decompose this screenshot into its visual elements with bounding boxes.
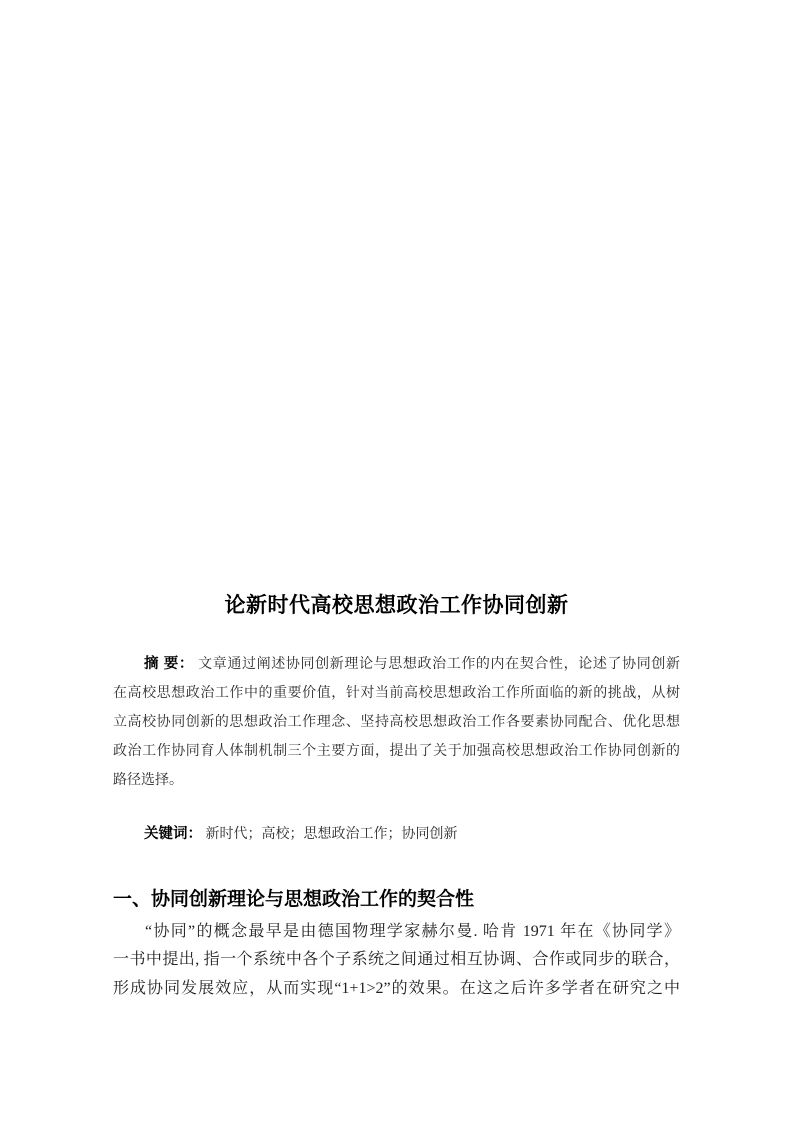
abstract-label: 摘 要： xyxy=(144,656,194,672)
text-line: 政治工作协同育人体制机制三个主要方面，提出了关于加强高校思想政治工作协同创新的 xyxy=(113,737,680,766)
document-page: 论新时代高校思想政治工作协同创新 摘 要： 文章通过阐述协同创新理论与思想政治工… xyxy=(0,0,793,1122)
paragraph-first-line: “协同”的概念最早是由德国物理学家赫尔曼. 哈肯 1971 年在《协同学》 xyxy=(113,918,680,946)
keywords-label: 关键词： xyxy=(144,826,202,842)
abstract-first-line: 摘 要： 文章通过阐述协同创新理论与思想政治工作的内在契合性，论述了协同创新 xyxy=(113,650,680,679)
text-line: 形成协同发展效应，从而实现“1+1>2”的效果。在这之后许多学者在研究之中 xyxy=(113,975,680,1003)
text-line: 一书中提出, 指一个系统中各个子系统之间通过相互协调、合作或同步的联合， xyxy=(113,946,680,974)
section-1-heading: 一、协同创新理论与思想政治工作的契合性 xyxy=(113,886,680,913)
abstract-section: 摘 要： 文章通过阐述协同创新理论与思想政治工作的内在契合性，论述了协同创新 在… xyxy=(113,650,680,795)
text-line: 在高校思想政治工作中的重要价值，针对当前高校思想政治工作所面临的新的挑战，从树 xyxy=(113,679,680,708)
keywords-text: 新时代；高校；思想政治工作；协同创新 xyxy=(206,827,458,842)
text-line: 路径选择。 xyxy=(113,766,680,795)
abstract-first-line-text: 文章通过阐述协同创新理论与思想政治工作的内在契合性，论述了协同创新 xyxy=(198,657,680,672)
keywords-section: 关键词： 新时代；高校；思想政治工作；协同创新 xyxy=(113,820,680,849)
paragraph-lines: 一书中提出, 指一个系统中各个子系统之间通过相互协调、合作或同步的联合，形成协同… xyxy=(113,946,680,1003)
abstract-lines: 在高校思想政治工作中的重要价值，针对当前高校思想政治工作所面临的新的挑战，从树立… xyxy=(113,679,680,795)
text-line: 立高校协同创新的思想政治工作理念、坚持高校思想政治工作各要素协同配合、优化思想 xyxy=(113,708,680,737)
section-1-paragraph: “协同”的概念最早是由德国物理学家赫尔曼. 哈肯 1971 年在《协同学》 一书… xyxy=(113,918,680,1003)
paper-title: 论新时代高校思想政治工作协同创新 xyxy=(113,591,680,621)
